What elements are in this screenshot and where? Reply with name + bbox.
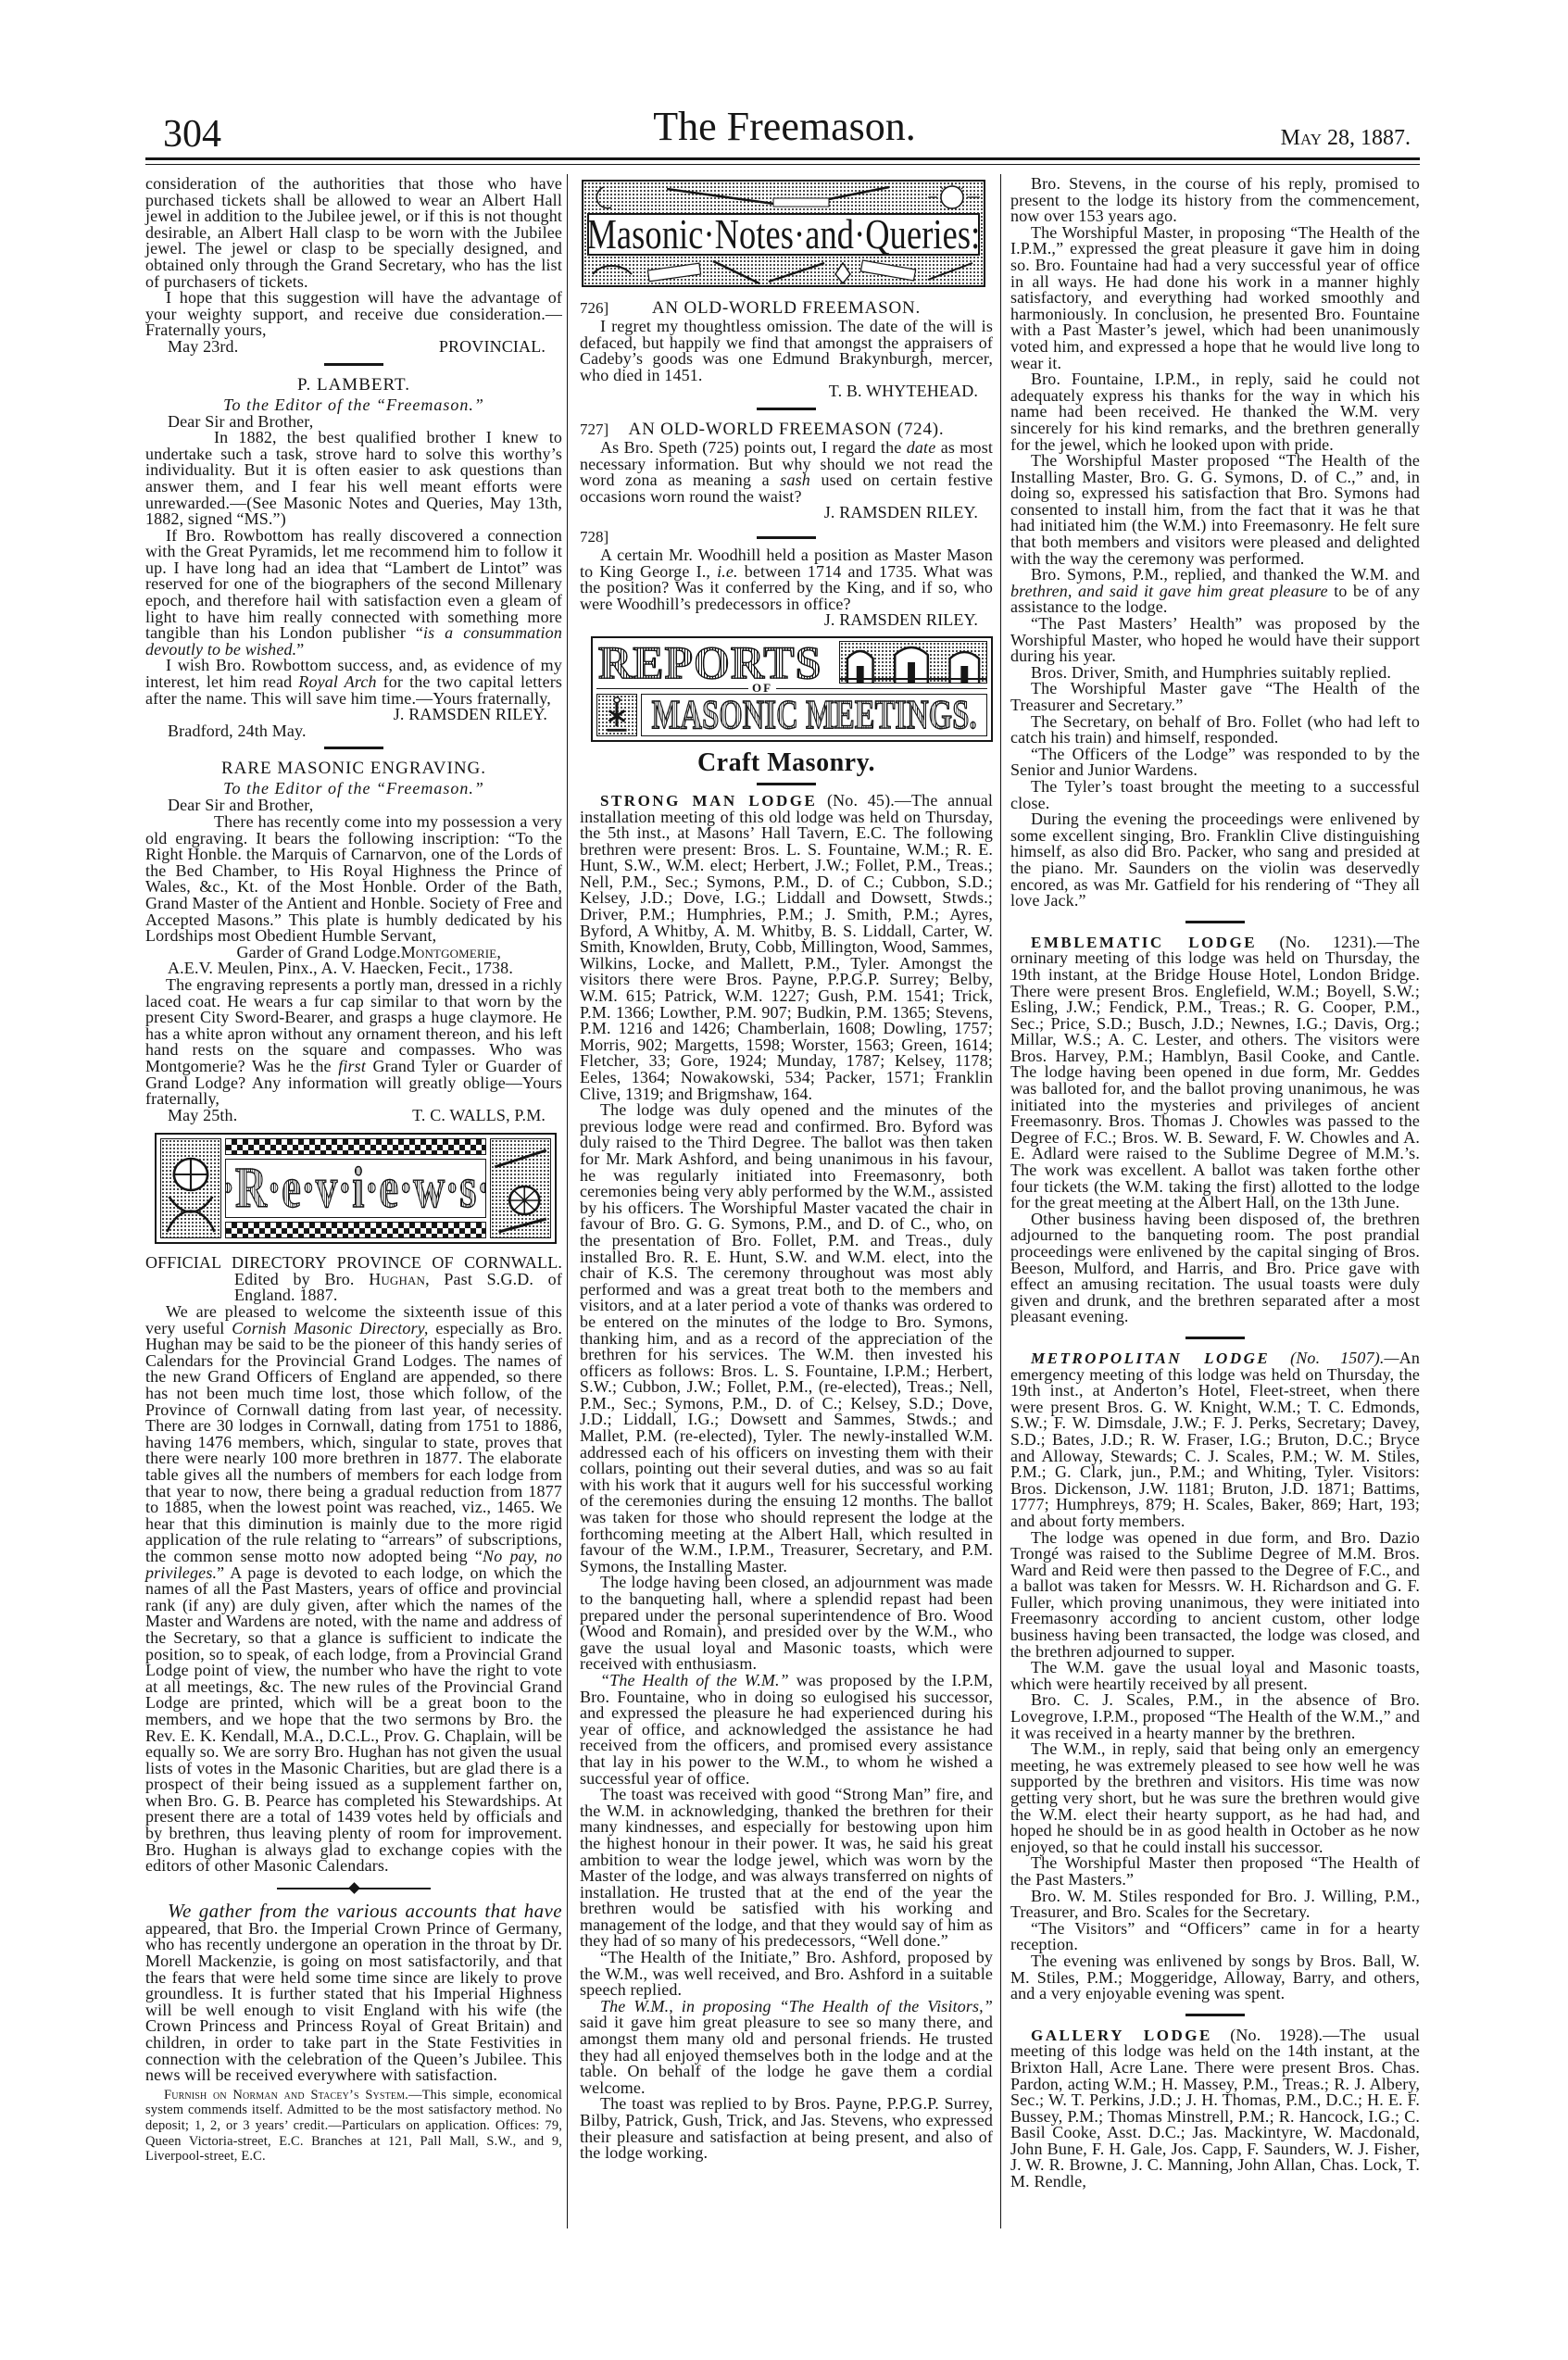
advertisement-heading: Furnish on Norman and Stacey’s System.—	[164, 2088, 422, 2103]
report-paragraph: The W.M., in reply, said that being only…	[1010, 1741, 1420, 1855]
masonic-meetings-title: MASONIC MEETINGS.	[651, 695, 976, 735]
report-paragraph: The Secretary, on behalf of Bro. Follet …	[1010, 714, 1420, 747]
section-divider	[1185, 921, 1245, 923]
reviews-title-panel: ·R·e·v·i·e·w·s·	[225, 1138, 486, 1238]
report-paragraph: During the evening the proceedings were …	[1010, 811, 1420, 910]
column-rule-1	[567, 174, 568, 2228]
wheel-ornament-icon	[491, 1139, 550, 1237]
editor-name: Hughan	[369, 1270, 425, 1288]
letter-p-lambert: P. LAMBERT. To the Editor of the “Freema…	[145, 375, 562, 740]
report-paragraph: The lodge was opened in due form, and Br…	[1010, 1530, 1420, 1661]
letter-paragraph: I wish Bro. Rowbottom success, and, as e…	[145, 658, 562, 707]
report-paragraph: The toast was replied to by Bros. Payne,…	[580, 2096, 993, 2161]
report-paragraph: Bro. Fountaine, I.P.M., in reply, said h…	[1010, 371, 1420, 453]
banner-title-band: Masonic·Notes·and·Queries:	[587, 213, 980, 256]
page-number: 304	[163, 115, 221, 154]
checker-border	[225, 1222, 486, 1238]
knotwork-ornament-icon	[160, 1138, 221, 1238]
section-divider	[757, 408, 816, 410]
text-run: was proposed by the I.P.M, Bro. Fountain…	[580, 1671, 993, 1788]
review-heading: OFFICIAL DIRECTORY PROVINCE OF CORNWALL.…	[145, 1255, 562, 1304]
banner-ornament-bottom	[583, 256, 984, 285]
query-title: AN OLD-WORLD FREEMASON (724).	[629, 420, 945, 439]
report-paragraph: “The Visitors” and “Officers” came in fo…	[1010, 1921, 1420, 1953]
candlestick-ornament-icon	[596, 694, 637, 736]
section-divider	[324, 747, 383, 749]
banner-divider-line	[596, 688, 987, 689]
review-official-directory: OFFICIAL DIRECTORY PROVINCE OF CORNWALL.…	[145, 1255, 562, 1875]
report-paragraph: Bro. C. J. Scales, P.M., in the absence …	[1010, 1692, 1420, 1741]
letter-signoff: May 25th. T. C. WALLS, P.M.	[145, 1108, 562, 1124]
text-run: An emergency meeting of this lodge was h…	[1010, 1349, 1420, 1530]
lodge-report-opening: STRONG MAN LODGE (No. 45).—The annual in…	[580, 793, 993, 1102]
column-3: Bro. Stevens, in the course of his reply…	[1010, 176, 1420, 2191]
query-727: 727] AN OLD-WORLD FREEMASON (724). As Br…	[580, 420, 993, 521]
report-paragraph: The Worshipful Master then proposed “The…	[1010, 1855, 1420, 1888]
report-paragraph: The lodge was duly opened and the minute…	[580, 1102, 993, 1575]
letter-signature: T. C. WALLS, P.M.	[412, 1108, 546, 1124]
checker-border	[225, 1138, 486, 1155]
query-heading: 727] AN OLD-WORLD FREEMASON (724).	[580, 420, 993, 440]
report-paragraph: “The Health of the W.M.” was proposed by…	[580, 1673, 993, 1787]
masthead-double-rule	[145, 157, 1420, 165]
letter-paragraph: consideration of the authorities that th…	[145, 176, 562, 290]
candlestick-icon	[597, 695, 636, 735]
query-signature: J. RAMSDEN RILEY.	[580, 505, 993, 521]
letter-addressee: To the Editor of the “Freemason.”	[145, 779, 562, 797]
advertisement-text: Furnish on Norman and Stacey’s System.—T…	[145, 2088, 562, 2165]
report-emblematic-lodge: EMBLEMATIC LODGE (No. 1231).—The orninar…	[1010, 935, 1420, 1325]
letter-paragraph: I hope that this suggestion will have th…	[145, 290, 562, 339]
lodge-report-opening: METROPOLITAN LODGE (No. 1507).—An emerge…	[1010, 1350, 1420, 1530]
issue-date: May 28, 1887.	[1281, 127, 1411, 149]
moon-and-sun-ornament-icon	[583, 182, 984, 213]
query-signature: T. B. WHYTEHEAD.	[580, 383, 993, 400]
report-paragraph: Bro. W. M. Stiles responded for Bro. J. …	[1010, 1889, 1420, 1921]
lodge-report-opening: GALLERY LODGE (No. 1928).—The usual meet…	[1010, 2027, 1420, 2191]
report-metropolitan-lodge: METROPOLITAN LODGE (No. 1507).—An emerge…	[1010, 1350, 1420, 2002]
section-divider	[1185, 1337, 1245, 1339]
query-body: As Bro. Speth (725) points out, I regard…	[580, 440, 993, 505]
newspaper-title: The Freemason.	[599, 107, 970, 147]
letter-paragraph: If Bro. Rowbottom has really discovered …	[145, 528, 562, 659]
report-paragraph: Bro. Stevens, in the course of his reply…	[1010, 176, 1420, 225]
masonic-notes-and-queries-title: Masonic·Notes·and·Queries:	[587, 214, 980, 255]
letter-addressee: To the Editor of the “Freemason.”	[145, 395, 562, 414]
section-divider	[1185, 2014, 1245, 2016]
reviews-word-frame: ·R·e·v·i·e·w·s·	[225, 1159, 486, 1218]
reviews-banner: ·R·e·v·i·e·w·s·	[155, 1133, 557, 1244]
report-paragraph: The Worshipful Master, in proposing “The…	[1010, 225, 1420, 371]
section-title-craft-masonry: Craft Masonry.	[580, 747, 993, 779]
diamond-divider	[277, 1884, 431, 1893]
letter-title: P. LAMBERT.	[145, 375, 562, 395]
report-paragraph: The Worshipful Master proposed “The Heal…	[1010, 453, 1420, 567]
letter-dateline: Bradford, 24th May.	[145, 723, 562, 740]
letter-rare-masonic-engraving: RARE MASONIC ENGRAVING. To the Editor of…	[145, 759, 562, 1124]
report-paragraph: “The Health of the Initiate,” Bro. Ashfo…	[580, 1950, 993, 1999]
arches-icon	[840, 642, 986, 683]
section-divider	[757, 783, 816, 785]
report-paragraph: The W.M., in proposing “The Health of th…	[580, 1999, 993, 2097]
query-728: 728] A certain Mr. Woodhill held a posit…	[580, 527, 993, 629]
report-paragraph: The toast was received with good “Strong…	[580, 1787, 993, 1950]
letter-date: May 25th.	[168, 1108, 237, 1124]
letter-paragraph: In 1882, the best qualified brother I kn…	[145, 430, 562, 528]
report-paragraph: The lodge having been closed, an adjourn…	[580, 1575, 993, 1673]
query-726: 726] AN OLD-WORLD FREEMASON. I regret my…	[580, 298, 993, 400]
reports-of-masonic-meetings-banner: REPORTS OF MASONIC MEETINGS.	[591, 636, 993, 742]
newspaper-page: 304 The Freemason. May 28, 1887. conside…	[0, 0, 1568, 2360]
advertisement-norman-stacey: Furnish on Norman and Stacey’s System.—T…	[145, 2088, 562, 2165]
text-run: The annual installation meeting of this …	[580, 791, 993, 1103]
scroll-and-tools-ornament-icon	[583, 256, 984, 285]
report-gallery-lodge: GALLERY LODGE (No. 1928).—The usual meet…	[1010, 2027, 1420, 2191]
text-run: The orninary meeting of this lodge was h…	[1010, 933, 1420, 1212]
report-paragraph: The evening was enlivened by songs by Br…	[1010, 1953, 1420, 2002]
diamond-ornament-icon	[348, 1882, 360, 1894]
letter-signature: PROVINCIAL.	[439, 339, 546, 356]
query-body: A certain Mr. Woodhill held a position a…	[580, 547, 993, 612]
query-heading: 728]	[580, 527, 993, 547]
wheel-ornament-icon	[490, 1138, 551, 1238]
text-run: ” A page is devoted to each lodge, on wh…	[145, 1563, 562, 1876]
letter-date: May 23rd.	[168, 339, 238, 356]
report-paragraph: “The Past Masters’ Health” was proposed …	[1010, 616, 1420, 665]
query-heading: 726] AN OLD-WORLD FREEMASON.	[580, 298, 993, 319]
banner-word-reports: REPORTS	[598, 638, 822, 686]
report-paragraph: The W.M. gave the usual loyal and Masoni…	[1010, 1660, 1420, 1692]
section-divider	[757, 536, 816, 539]
temple-arches-illustration-icon	[839, 641, 987, 684]
report-strong-man-lodge: STRONG MAN LODGE (No. 45).—The annual in…	[580, 793, 993, 2162]
query-number: 726]	[580, 298, 608, 319]
column-2: Masonic·Notes·and·Queries: 726] AN OLD-W…	[580, 176, 993, 2162]
reviews-banner-title: ·R·e·v·i·e·w·s·	[225, 1160, 486, 1217]
knot-ornament-icon	[161, 1139, 220, 1237]
letter-paragraph: There has recently come into my possessi…	[145, 814, 562, 945]
banner-ornament-top	[583, 182, 984, 213]
report-paragraph: The Tyler’s toast brought the meeting to…	[1010, 779, 1420, 811]
letter-paragraph: The engraving represents a portly man, d…	[145, 977, 562, 1108]
banner-word-of: OF	[748, 682, 776, 695]
text-run: especially as Bro. Hughan may be said to…	[145, 1319, 562, 1565]
query-body: I regret my thoughtless omission. The da…	[580, 319, 993, 383]
query-number: 727]	[580, 420, 608, 440]
report-paragraph: “The Officers of the Lodge” was responde…	[1010, 747, 1420, 779]
query-title: AN OLD-WORLD FREEMASON.	[652, 298, 921, 318]
text-run: said it gave him great pleasure to see s…	[580, 2013, 993, 2096]
report-paragraph: Bro. Symons, P.M., replied, and thanked …	[1010, 567, 1420, 616]
column-rule-2	[1000, 174, 1001, 2228]
query-signature: J. RAMSDEN RILEY.	[580, 612, 993, 629]
section-divider	[324, 363, 383, 366]
reports-title: REPORTS	[598, 639, 822, 685]
news-lead-line: We gather from the various accounts that…	[145, 1901, 562, 1921]
text-run: There has recently come into my possessi…	[145, 812, 562, 945]
column-1: consideration of the authorities that th…	[145, 176, 562, 2165]
report-paragraph: The Worshipful Master gave “The Health o…	[1010, 681, 1420, 713]
report-strong-man-lodge-continued: Bro. Stevens, in the course of his reply…	[1010, 176, 1420, 910]
letter-title: RARE MASONIC ENGRAVING.	[145, 759, 562, 779]
report-paragraph: Other business having been disposed of, …	[1010, 1211, 1420, 1325]
news-body: appeared, that Bro. the Imperial Crown P…	[145, 1921, 562, 2084]
letter-provincial: consideration of the authorities that th…	[145, 176, 562, 356]
query-number: 728]	[580, 527, 608, 547]
news-item-crown-prince: We gather from the various accounts that…	[145, 1901, 562, 2084]
review-body: We are pleased to welcome the sixteenth …	[145, 1304, 562, 1875]
text-run: The usual meeting of this lodge was held…	[1010, 2026, 1420, 2191]
lodge-report-opening: EMBLEMATIC LODGE (No. 1231).—The orninar…	[1010, 935, 1420, 1211]
banner-words-masonic-meetings: MASONIC MEETINGS.	[641, 694, 987, 736]
masonic-notes-and-queries-banner: Masonic·Notes·and·Queries:	[582, 180, 985, 287]
letter-signoff: May 23rd. PROVINCIAL.	[145, 339, 562, 356]
